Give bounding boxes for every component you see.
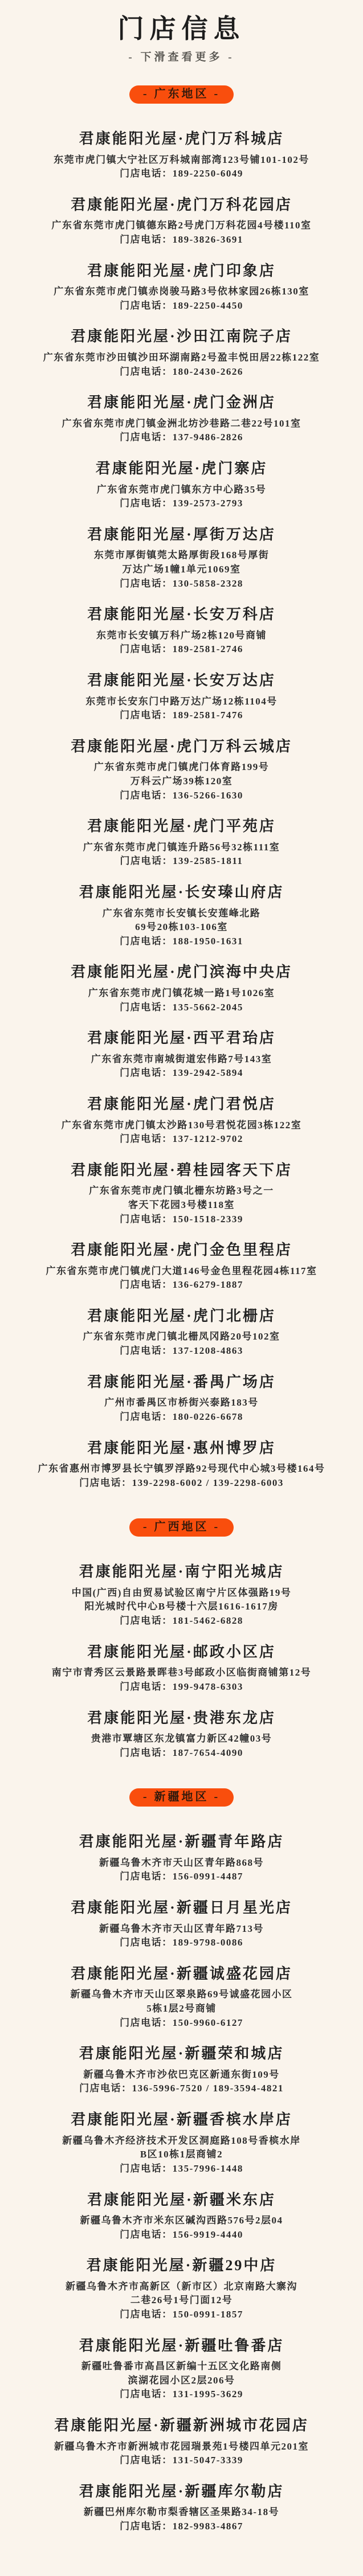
page: 门店信息 - 下滑查看更多 - - 广东地区 - 君康能阳光屋·虎门万科城店 东… bbox=[0, 0, 363, 2534]
store-address: 新疆乌鲁木齐市高新区（新市区）北京南路大寨沟二巷26号1号门面12号 bbox=[8, 2280, 355, 2308]
store-item: 君康能阳光屋·虎门金洲店 广东省东莞市虎门镇金洲北坊沙巷路二巷22号101室 门… bbox=[8, 394, 355, 445]
store-item: 君康能阳光屋·番禺广场店 广州市番禺区市桥街兴泰路183号 门店电话：180-0… bbox=[8, 1373, 355, 1424]
store-phone-label: 门店电话： bbox=[120, 366, 173, 377]
store-address: 广东省东莞市虎门镇北栅东坊路3号之一客天下花园3号楼118室 bbox=[8, 1184, 355, 1212]
store-phone-label: 门店电话： bbox=[120, 578, 173, 589]
store-address: 广东省东莞市南城街道宏伟路7号143室 bbox=[8, 1052, 355, 1067]
store-phone-numbers: 137-1208-4863 bbox=[173, 1345, 243, 1356]
store-phone-numbers: 136-5266-1630 bbox=[173, 790, 243, 801]
store-address-line: 万达广场1幢1单元1069室 bbox=[8, 563, 355, 577]
store-item: 君康能阳光屋·新疆荣和城店 新疆乌鲁木齐市沙依巴克区新通东街109号 门店电话：… bbox=[8, 2045, 355, 2096]
store-item: 君康能阳光屋·新疆青年路店 新疆乌鲁木齐市天山区青年路868号 门店电话：156… bbox=[8, 1833, 355, 1884]
store-address-line: 广东省惠州市博罗县长宁镇罗浮路92号现代中心城3号楼164号 bbox=[8, 1462, 355, 1476]
store-name: 君康能阳光屋·长安万科店 bbox=[8, 605, 355, 624]
store-phone-line: 门店电话：131-5047-3339 bbox=[8, 2454, 355, 2468]
store-item: 君康能阳光屋·邮政小区店 南宁市青秀区云景路景晖巷3号邮政小区临街商铺第12号 … bbox=[8, 1643, 355, 1694]
store-address-line: 新疆吐鲁番市高昌区新编十五区文化路南侧 bbox=[8, 2360, 355, 2374]
store-phone-line: 门店电话：189-3826-3691 bbox=[8, 233, 355, 247]
store-item: 君康能阳光屋·惠州博罗店 广东省惠州市博罗县长宁镇罗浮路92号现代中心城3号楼1… bbox=[8, 1439, 355, 1490]
store-address: 新疆乌鲁木齐市沙依巴克区新通东街109号 bbox=[8, 2068, 355, 2082]
store-address-line: 广东省东莞市虎门镇北栅东坊路3号之一 bbox=[8, 1184, 355, 1198]
store-address: 东莞市长安东门中路万达广场12栋1104号 bbox=[8, 695, 355, 709]
store-item: 君康能阳光屋·虎门万科云城店 广东省东莞市虎门镇虎门体育路199号万科云广场39… bbox=[8, 738, 355, 802]
store-item: 君康能阳光屋·虎门寨店 广东省东莞市虎门镇东方中心路35号 门店电话：139-2… bbox=[8, 460, 355, 511]
store-phone-label: 门店电话： bbox=[120, 1279, 173, 1290]
store-address-line: 新疆乌鲁木齐市沙依巴克区新通东街109号 bbox=[8, 2068, 355, 2082]
store-name: 君康能阳光屋·虎门万科花园店 bbox=[8, 196, 355, 215]
store-address: 新疆乌鲁木齐市新洲城市花园瑞景苑1号楼四单元201室 bbox=[8, 2440, 355, 2454]
store-address-line: 广东省东莞市虎门镇太沙路130号君悦花园3栋122室 bbox=[8, 1119, 355, 1133]
store-phone-numbers: 189-9798-0086 bbox=[173, 1937, 243, 1948]
store-info-page: { "header": { "title": "门店信息", "subtitle… bbox=[0, 0, 363, 2576]
store-name: 君康能阳光屋·虎门金洲店 bbox=[8, 394, 355, 412]
store-name: 君康能阳光屋·新疆日月星光店 bbox=[8, 1899, 355, 1918]
store-address-line: 贵港市覃塘区东龙镇富力新区42幢03号 bbox=[8, 1732, 355, 1746]
store-address: 广东省东莞市虎门镇金洲北坊沙巷路二巷22号101室 bbox=[8, 417, 355, 431]
store-address: 东莞市虎门镇大宁社区万科城南部湾123号铺101-102号 bbox=[8, 153, 355, 167]
store-phone-label: 门店电话： bbox=[120, 936, 173, 947]
store-phone-line: 门店电话：136-5996-7520 / 189-3594-4821 bbox=[8, 2082, 355, 2096]
region-badge: - 新疆地区 - bbox=[129, 1788, 234, 1807]
store-phone-line: 门店电话：135-7996-1448 bbox=[8, 2162, 355, 2176]
store-phone-numbers: 156-9919-4440 bbox=[173, 2229, 243, 2240]
store-phone-label: 门店电话： bbox=[120, 2521, 173, 2532]
store-address-line: 新疆乌鲁木齐市天山区青年路868号 bbox=[8, 1856, 355, 1870]
store-name: 君康能阳光屋·厚街万达店 bbox=[8, 526, 355, 544]
region-badge-wrap: - 新疆地区 - bbox=[0, 1788, 363, 1807]
store-address: 广东省东莞市虎门镇花城一路1号1026室 bbox=[8, 986, 355, 1001]
store-item: 君康能阳光屋·长安瑧山府店 广东省东莞市长安镇长安莲峰北路69号20栋103-1… bbox=[8, 883, 355, 948]
store-phone-label: 门店电话： bbox=[120, 432, 173, 443]
store-address: 新疆乌鲁木齐市天山区翠泉路69号诚盛花园小区5栋1层2号商铺 bbox=[8, 1988, 355, 2016]
store-phone-label: 门店电话： bbox=[120, 2389, 173, 2399]
store-phone-line: 门店电话：139-2298-6002 / 139-2298-6003 bbox=[8, 1476, 355, 1490]
store-phone-line: 门店电话：136-5266-1630 bbox=[8, 789, 355, 803]
store-name: 君康能阳光屋·虎门北栅店 bbox=[8, 1307, 355, 1326]
store-address-line: 5栋1层2号商铺 bbox=[8, 2002, 355, 2016]
store-address-line: 广东省东莞市虎门镇花城一路1号1026室 bbox=[8, 986, 355, 1001]
store-address-line: 滨湖花园小区2层206号 bbox=[8, 2374, 355, 2388]
store-name: 君康能阳光屋·沙田江南院子店 bbox=[8, 327, 355, 346]
store-address: 广东省东莞市长安镇长安莲峰北路69号20栋103-106室 bbox=[8, 907, 355, 935]
store-phone-line: 门店电话：187-7654-4090 bbox=[8, 1746, 355, 1760]
store-phone-label: 门店电话： bbox=[120, 1133, 173, 1144]
store-item: 君康能阳光屋·虎门君悦店 广东省东莞市虎门镇太沙路130号君悦花园3栋122室 … bbox=[8, 1095, 355, 1146]
store-phone-label: 门店电话： bbox=[120, 1681, 173, 1692]
store-phone-numbers: 180-0226-6678 bbox=[173, 1411, 243, 1422]
store-phone-line: 门店电话：189-2581-7476 bbox=[8, 708, 355, 723]
store-address: 广东省东莞市虎门镇东方中心路35号 bbox=[8, 483, 355, 497]
store-phone-label: 门店电话： bbox=[79, 1477, 132, 1488]
store-name: 君康能阳光屋·新疆新洲城市花园店 bbox=[8, 2417, 355, 2435]
store-item: 君康能阳光屋·新疆香槟水岸店 新疆乌鲁木齐经济技术开发区洞庭路108号香槟水岸B… bbox=[8, 2111, 355, 2176]
store-name: 君康能阳光屋·新疆吐鲁番店 bbox=[8, 2337, 355, 2356]
store-address-line: 广东省东莞市虎门镇东方中心路35号 bbox=[8, 483, 355, 497]
store-name: 君康能阳光屋·虎门金色里程店 bbox=[8, 1241, 355, 1260]
store-address-line: 广东省东莞市虎门镇德东路2号虎门万科花园4号楼110室 bbox=[8, 219, 355, 233]
region-badge-wrap: - 广西地区 - bbox=[0, 1518, 363, 1537]
store-phone-numbers: 131-1995-3629 bbox=[173, 2389, 243, 2399]
store-address-line: 东莞市厚街镇莞太路厚街段168号厚街 bbox=[8, 548, 355, 563]
store-phone-label: 门店电话： bbox=[120, 710, 173, 720]
store-address: 新疆乌鲁木齐经济技术开发区洞庭路108号香槟水岸B区10栋1层商铺2 bbox=[8, 2134, 355, 2162]
store-sections: - 广东地区 - 君康能阳光屋·虎门万科城店 东莞市虎门镇大宁社区万科城南部湾1… bbox=[0, 85, 363, 2534]
store-address-line: 东莞市长安镇万科广场2栋120号商铺 bbox=[8, 629, 355, 643]
store-phone-numbers: 150-9960-6127 bbox=[173, 2017, 243, 2028]
store-phone-line: 门店电话：180-2430-2626 bbox=[8, 365, 355, 379]
store-phone-numbers: 189-2250-6049 bbox=[173, 168, 243, 179]
store-phone-line: 门店电话：139-2573-2793 bbox=[8, 497, 355, 511]
store-phone-line: 门店电话：181-5462-6828 bbox=[8, 1614, 355, 1628]
store-phone-line: 门店电话：180-0226-6678 bbox=[8, 1410, 355, 1424]
store-item: 君康能阳光屋·虎门北栅店 广东省东莞市虎门镇北栅凤冈路20号102室 门店电话：… bbox=[8, 1307, 355, 1358]
store-item: 君康能阳光屋·新疆新洲城市花园店 新疆乌鲁木齐市新洲城市花园瑞景苑1号楼四单元2… bbox=[8, 2417, 355, 2468]
store-address: 新疆乌鲁木齐市米东区碱沟西路576号2层04 bbox=[8, 2214, 355, 2228]
region-badge-wrap: - 广东地区 - bbox=[0, 85, 363, 104]
store-phone-numbers: 136-6279-1887 bbox=[173, 1279, 243, 1290]
store-item: 君康能阳光屋·新疆日月星光店 新疆乌鲁木齐市天山区青年路713号 门店电话：18… bbox=[8, 1899, 355, 1950]
store-address-line: 广东省东莞市长安镇长安莲峰北路 bbox=[8, 907, 355, 921]
store-address-line: 新疆乌鲁木齐市高新区（新市区）北京南路大寨沟 bbox=[8, 2280, 355, 2294]
store-phone-line: 门店电话：189-2250-4450 bbox=[8, 299, 355, 313]
store-phone-line: 门店电话：150-9960-6127 bbox=[8, 2016, 355, 2030]
store-address-line: 新疆巴州库尔勒市梨香辖区圣果路34-18号 bbox=[8, 2505, 355, 2520]
store-phone-line: 门店电话：199-9478-6303 bbox=[8, 1680, 355, 1694]
store-name: 君康能阳光屋·新疆荣和城店 bbox=[8, 2045, 355, 2063]
store-item: 君康能阳光屋·虎门万科花园店 广东省东莞市虎门镇德东路2号虎门万科花园4号楼11… bbox=[8, 196, 355, 247]
store-name: 君康能阳光屋·虎门万科云城店 bbox=[8, 738, 355, 756]
store-phone-numbers: 180-2430-2626 bbox=[173, 366, 243, 377]
store-phone-numbers: 182-9983-4867 bbox=[173, 2521, 243, 2532]
store-phone-line: 门店电话：137-9486-2826 bbox=[8, 431, 355, 445]
store-name: 君康能阳光屋·新疆诚盛花园店 bbox=[8, 1965, 355, 1984]
store-phone-line: 门店电话：139-2942-5894 bbox=[8, 1066, 355, 1080]
store-phone-label: 门店电话： bbox=[120, 1002, 173, 1013]
store-address-line: 阳光城时代中心B号楼十六层1616-1617房 bbox=[8, 1600, 355, 1614]
page-subtitle: - 下滑查看更多 - bbox=[0, 50, 363, 65]
store-phone-line: 门店电话：139-2585-1811 bbox=[8, 854, 355, 869]
store-item: 君康能阳光屋·长安万科店 东莞市长安镇万科广场2栋120号商铺 门店电话：189… bbox=[8, 605, 355, 657]
store-name: 君康能阳光屋·新疆29中店 bbox=[8, 2256, 355, 2275]
store-address-line: 新疆乌鲁木齐经济技术开发区洞庭路108号香槟水岸 bbox=[8, 2134, 355, 2148]
store-phone-label: 门店电话： bbox=[120, 1214, 173, 1224]
store-address-line: 二巷26号1号门面12号 bbox=[8, 2294, 355, 2308]
store-phone-line: 门店电话：150-0991-1857 bbox=[8, 2308, 355, 2322]
store-address: 东莞市厚街镇莞太路厚街段168号厚街万达广场1幢1单元1069室 bbox=[8, 548, 355, 576]
store-phone-numbers: 187-7654-4090 bbox=[173, 1747, 243, 1758]
store-address-line: 客天下花园3号楼118室 bbox=[8, 1198, 355, 1213]
store-item: 君康能阳光屋·长安万达店 东莞市长安东门中路万达广场12栋1104号 门店电话：… bbox=[8, 671, 355, 723]
store-phone-numbers: 131-5047-3339 bbox=[173, 2455, 243, 2466]
store-name: 君康能阳光屋·虎门滨海中央店 bbox=[8, 963, 355, 982]
store-item: 君康能阳光屋·虎门滨海中央店 广东省东莞市虎门镇花城一路1号1026室 门店电话… bbox=[8, 963, 355, 1014]
store-phone-line: 门店电话：189-9798-0086 bbox=[8, 1936, 355, 1950]
store-phone-line: 门店电话：156-9919-4440 bbox=[8, 2228, 355, 2242]
store-phone-label: 门店电话： bbox=[120, 1871, 173, 1882]
page-header: 门店信息 - 下滑查看更多 - bbox=[0, 0, 363, 65]
store-address-line: 69号20栋103-106室 bbox=[8, 920, 355, 935]
store-address: 新疆吐鲁番市高昌区新编十五区文化路南侧滨湖花园小区2层206号 bbox=[8, 2360, 355, 2387]
store-name: 君康能阳光屋·西平君珆店 bbox=[8, 1029, 355, 1048]
store-address-line: 东莞市长安东门中路万达广场12栋1104号 bbox=[8, 695, 355, 709]
store-address-line: 东莞市虎门镇大宁社区万科城南部湾123号铺101-102号 bbox=[8, 153, 355, 167]
store-address: 广东省东莞市虎门镇虎门体育路199号万科云广场39栋120室 bbox=[8, 760, 355, 788]
store-list: 君康能阳光屋·南宁阳光城店 中国(广西)自由贸易试验区南宁片区体强路19号阳光城… bbox=[0, 1563, 363, 1760]
region-section: - 广东地区 - 君康能阳光屋·虎门万科城店 东莞市虎门镇大宁社区万科城南部湾1… bbox=[0, 85, 363, 1490]
region-badge: - 广西地区 - bbox=[129, 1518, 234, 1537]
store-phone-numbers: 139-2298-6002 / 139-2298-6003 bbox=[132, 1477, 284, 1488]
store-phone-numbers: 136-5996-7520 / 189-3594-4821 bbox=[132, 2083, 284, 2094]
store-address: 广州市番禺区市桥街兴泰路183号 bbox=[8, 1396, 355, 1410]
store-phone-numbers: 156-0991-4487 bbox=[173, 1871, 243, 1882]
store-phone-numbers: 189-2250-4450 bbox=[173, 300, 243, 311]
store-item: 君康能阳光屋·西平君珆店 广东省东莞市南城街道宏伟路7号143室 门店电话：13… bbox=[8, 1029, 355, 1080]
store-address-line: 广东省东莞市虎门镇虎门大道146号金色里程花园4栋117室 bbox=[8, 1264, 355, 1279]
store-list: 君康能阳光屋·新疆青年路店 新疆乌鲁木齐市天山区青年路868号 门店电话：156… bbox=[0, 1833, 363, 2533]
store-phone-numbers: 189-3826-3691 bbox=[173, 234, 243, 245]
store-name: 君康能阳光屋·碧桂园客天下店 bbox=[8, 1161, 355, 1180]
store-name: 君康能阳光屋·新疆米东店 bbox=[8, 2191, 355, 2210]
store-list: 君康能阳光屋·虎门万科城店 东莞市虎门镇大宁社区万科城南部湾123号铺101-1… bbox=[0, 130, 363, 1490]
store-address: 广东省东莞市沙田镇沙田环湖南路2号盈丰悦田居22栋122室 bbox=[8, 351, 355, 365]
store-phone-line: 门店电话：150-1518-2339 bbox=[8, 1213, 355, 1227]
store-address: 广东省东莞市虎门镇北栅凤冈路20号102室 bbox=[8, 1330, 355, 1344]
store-name: 君康能阳光屋·惠州博罗店 bbox=[8, 1439, 355, 1458]
store-address: 南宁市青秀区云景路景晖巷3号邮政小区临街商铺第12号 bbox=[8, 1666, 355, 1680]
store-phone-line: 门店电话：156-0991-4487 bbox=[8, 1870, 355, 1884]
store-phone-label: 门店电话： bbox=[120, 644, 173, 654]
store-phone-label: 门店电话： bbox=[79, 2083, 132, 2094]
store-phone-line: 门店电话：131-1995-3629 bbox=[8, 2387, 355, 2402]
store-name: 君康能阳光屋·长安万达店 bbox=[8, 671, 355, 690]
store-address-line: 新疆乌鲁木齐市米东区碱沟西路576号2层04 bbox=[8, 2214, 355, 2228]
store-address: 贵港市覃塘区东龙镇富力新区42幢03号 bbox=[8, 1732, 355, 1746]
store-address: 新疆乌鲁木齐市天山区青年路713号 bbox=[8, 1922, 355, 1936]
store-name: 君康能阳光屋·虎门君悦店 bbox=[8, 1095, 355, 1114]
store-address: 新疆乌鲁木齐市天山区青年路868号 bbox=[8, 1856, 355, 1870]
region-section: - 广西地区 - 君康能阳光屋·南宁阳光城店 中国(广西)自由贸易试验区南宁片区… bbox=[0, 1518, 363, 1760]
store-name: 君康能阳光屋·新疆库尔勒店 bbox=[8, 2483, 355, 2501]
store-item: 君康能阳光屋·新疆米东店 新疆乌鲁木齐市米东区碱沟西路576号2层04 门店电话… bbox=[8, 2191, 355, 2242]
store-phone-line: 门店电话：135-5662-2045 bbox=[8, 1001, 355, 1015]
store-phone-numbers: 139-2585-1811 bbox=[173, 855, 243, 866]
page-title: 门店信息 bbox=[0, 15, 363, 44]
store-item: 君康能阳光屋·虎门印象店 广东省东莞市虎门镇赤岗骏马路3号依林家园26栋130室… bbox=[8, 262, 355, 313]
store-name: 君康能阳光屋·邮政小区店 bbox=[8, 1643, 355, 1662]
store-phone-numbers: 130-5858-2328 bbox=[173, 578, 243, 589]
store-phone-numbers: 137-9486-2826 bbox=[173, 432, 243, 443]
store-phone-label: 门店电话： bbox=[120, 2455, 173, 2466]
store-item: 君康能阳光屋·厚街万达店 东莞市厚街镇莞太路厚街段168号厚街万达广场1幢1单元… bbox=[8, 526, 355, 591]
store-phone-label: 门店电话： bbox=[120, 1411, 173, 1422]
store-phone-line: 门店电话：136-6279-1887 bbox=[8, 1278, 355, 1292]
store-phone-numbers: 135-7996-1448 bbox=[173, 2163, 243, 2174]
store-address-line: 广东省东莞市虎门镇连升路56号32栋111室 bbox=[8, 841, 355, 855]
store-phone-line: 门店电话：182-9983-4867 bbox=[8, 2520, 355, 2534]
store-phone-numbers: 135-5662-2045 bbox=[173, 1002, 243, 1013]
region-badge: - 广东地区 - bbox=[129, 85, 234, 104]
store-name: 君康能阳光屋·虎门印象店 bbox=[8, 262, 355, 281]
store-item: 君康能阳光屋·沙田江南院子店 广东省东莞市沙田镇沙田环湖南路2号盈丰悦田居22栋… bbox=[8, 327, 355, 379]
store-name: 君康能阳光屋·新疆香槟水岸店 bbox=[8, 2111, 355, 2129]
store-name: 君康能阳光屋·新疆青年路店 bbox=[8, 1833, 355, 1852]
store-phone-numbers: 189-2581-2746 bbox=[173, 644, 243, 654]
store-item: 君康能阳光屋·新疆库尔勒店 新疆巴州库尔勒市梨香辖区圣果路34-18号 门店电话… bbox=[8, 2483, 355, 2534]
store-address-line: 新疆乌鲁木齐市新洲城市花园瑞景苑1号楼四单元201室 bbox=[8, 2440, 355, 2454]
store-name: 君康能阳光屋·虎门平苑店 bbox=[8, 817, 355, 836]
store-phone-numbers: 181-5462-6828 bbox=[173, 1615, 243, 1626]
store-phone-label: 门店电话： bbox=[120, 2309, 173, 2320]
store-phone-line: 门店电话：137-1212-9702 bbox=[8, 1132, 355, 1146]
store-phone-label: 门店电话： bbox=[120, 1345, 173, 1356]
store-phone-line: 门店电话：189-2250-6049 bbox=[8, 167, 355, 181]
store-phone-label: 门店电话： bbox=[120, 855, 173, 866]
store-phone-label: 门店电话： bbox=[120, 1747, 173, 1758]
store-address-line: 万科云广场39栋120室 bbox=[8, 775, 355, 789]
store-address-line: 广东省东莞市虎门镇北栅凤冈路20号102室 bbox=[8, 1330, 355, 1344]
store-address: 东莞市长安镇万科广场2栋120号商铺 bbox=[8, 629, 355, 643]
store-name: 君康能阳光屋·南宁阳光城店 bbox=[8, 1563, 355, 1582]
store-item: 君康能阳光屋·南宁阳光城店 中国(广西)自由贸易试验区南宁片区体强路19号阳光城… bbox=[8, 1563, 355, 1628]
store-phone-numbers: 150-0991-1857 bbox=[173, 2309, 243, 2320]
store-phone-numbers: 188-1950-1631 bbox=[173, 936, 243, 947]
store-address-line: 广东省东莞市南城街道宏伟路7号143室 bbox=[8, 1052, 355, 1067]
store-address: 广东省东莞市虎门镇太沙路130号君悦花园3栋122室 bbox=[8, 1119, 355, 1133]
store-address-line: B区10栋1层商铺2 bbox=[8, 2148, 355, 2162]
store-item: 君康能阳光屋·贵港东龙店 贵港市覃塘区东龙镇富力新区42幢03号 门店电话：18… bbox=[8, 1709, 355, 1760]
store-address-line: 南宁市青秀区云景路景晖巷3号邮政小区临街商铺第12号 bbox=[8, 1666, 355, 1680]
store-address-line: 广东省东莞市虎门镇赤岗骏马路3号依林家园26栋130室 bbox=[8, 285, 355, 299]
store-address-line: 广州市番禺区市桥街兴泰路183号 bbox=[8, 1396, 355, 1410]
store-phone-label: 门店电话： bbox=[120, 2229, 173, 2240]
store-address-line: 新疆乌鲁木齐市天山区翠泉路69号诚盛花园小区 bbox=[8, 1988, 355, 2002]
store-phone-label: 门店电话： bbox=[120, 1615, 173, 1626]
store-phone-numbers: 139-2573-2793 bbox=[173, 498, 243, 509]
store-item: 君康能阳光屋·虎门万科城店 东莞市虎门镇大宁社区万科城南部湾123号铺101-1… bbox=[8, 130, 355, 181]
store-phone-line: 门店电话：137-1208-4863 bbox=[8, 1344, 355, 1358]
store-phone-label: 门店电话： bbox=[120, 2017, 173, 2028]
store-phone-label: 门店电话： bbox=[120, 790, 173, 801]
store-phone-line: 门店电话：130-5858-2328 bbox=[8, 577, 355, 591]
store-address-line: 广东省东莞市虎门镇金洲北坊沙巷路二巷22号101室 bbox=[8, 417, 355, 431]
store-phone-numbers: 137-1212-9702 bbox=[173, 1133, 243, 1144]
store-name: 君康能阳光屋·虎门万科城店 bbox=[8, 130, 355, 149]
store-address-line: 中国(广西)自由贸易试验区南宁片区体强路19号 bbox=[8, 1586, 355, 1600]
store-phone-line: 门店电话：189-2581-2746 bbox=[8, 642, 355, 657]
store-address: 广东省东莞市虎门镇德东路2号虎门万科花园4号楼110室 bbox=[8, 219, 355, 233]
store-name: 君康能阳光屋·长安瑧山府店 bbox=[8, 883, 355, 902]
store-item: 君康能阳光屋·新疆29中店 新疆乌鲁木齐市高新区（新市区）北京南路大寨沟二巷26… bbox=[8, 2256, 355, 2321]
store-phone-numbers: 189-2581-7476 bbox=[173, 710, 243, 720]
store-name: 君康能阳光屋·贵港东龙店 bbox=[8, 1709, 355, 1728]
store-phone-numbers: 139-2942-5894 bbox=[173, 1067, 243, 1078]
store-address: 广东省东莞市虎门镇连升路56号32栋111室 bbox=[8, 841, 355, 855]
store-phone-label: 门店电话： bbox=[120, 498, 173, 509]
store-name: 君康能阳光屋·番禺广场店 bbox=[8, 1373, 355, 1392]
store-address-line: 新疆乌鲁木齐市天山区青年路713号 bbox=[8, 1922, 355, 1936]
store-phone-label: 门店电话： bbox=[120, 234, 173, 245]
store-phone-label: 门店电话： bbox=[120, 2163, 173, 2174]
store-name: 君康能阳光屋·虎门寨店 bbox=[8, 460, 355, 478]
store-phone-label: 门店电话： bbox=[120, 168, 173, 179]
store-item: 君康能阳光屋·新疆吐鲁番店 新疆吐鲁番市高昌区新编十五区文化路南侧滨湖花园小区2… bbox=[8, 2337, 355, 2402]
store-item: 君康能阳光屋·碧桂园客天下店 广东省东莞市虎门镇北栅东坊路3号之一客天下花园3号… bbox=[8, 1161, 355, 1226]
region-section: - 新疆地区 - 君康能阳光屋·新疆青年路店 新疆乌鲁木齐市天山区青年路868号… bbox=[0, 1788, 363, 2533]
store-phone-line: 门店电话：188-1950-1631 bbox=[8, 935, 355, 949]
store-item: 君康能阳光屋·虎门平苑店 广东省东莞市虎门镇连升路56号32栋111室 门店电话… bbox=[8, 817, 355, 869]
store-address-line: 广东省东莞市虎门镇虎门体育路199号 bbox=[8, 760, 355, 775]
store-address: 广东省惠州市博罗县长宁镇罗浮路92号现代中心城3号楼164号 bbox=[8, 1462, 355, 1476]
store-address: 广东省东莞市虎门镇虎门大道146号金色里程花园4栋117室 bbox=[8, 1264, 355, 1279]
store-phone-label: 门店电话： bbox=[120, 1937, 173, 1948]
store-phone-numbers: 150-1518-2339 bbox=[173, 1214, 243, 1224]
store-phone-label: 门店电话： bbox=[120, 300, 173, 311]
store-address: 中国(广西)自由贸易试验区南宁片区体强路19号阳光城时代中心B号楼十六层1616… bbox=[8, 1586, 355, 1614]
store-item: 君康能阳光屋·虎门金色里程店 广东省东莞市虎门镇虎门大道146号金色里程花园4栋… bbox=[8, 1241, 355, 1292]
store-address-line: 广东省东莞市沙田镇沙田环湖南路2号盈丰悦田居22栋122室 bbox=[8, 351, 355, 365]
store-address: 新疆巴州库尔勒市梨香辖区圣果路34-18号 bbox=[8, 2505, 355, 2520]
store-item: 君康能阳光屋·新疆诚盛花园店 新疆乌鲁木齐市天山区翠泉路69号诚盛花园小区5栋1… bbox=[8, 1965, 355, 2030]
store-phone-label: 门店电话： bbox=[120, 1067, 173, 1078]
store-phone-numbers: 199-9478-6303 bbox=[173, 1681, 243, 1692]
store-address: 广东省东莞市虎门镇赤岗骏马路3号依林家园26栋130室 bbox=[8, 285, 355, 299]
